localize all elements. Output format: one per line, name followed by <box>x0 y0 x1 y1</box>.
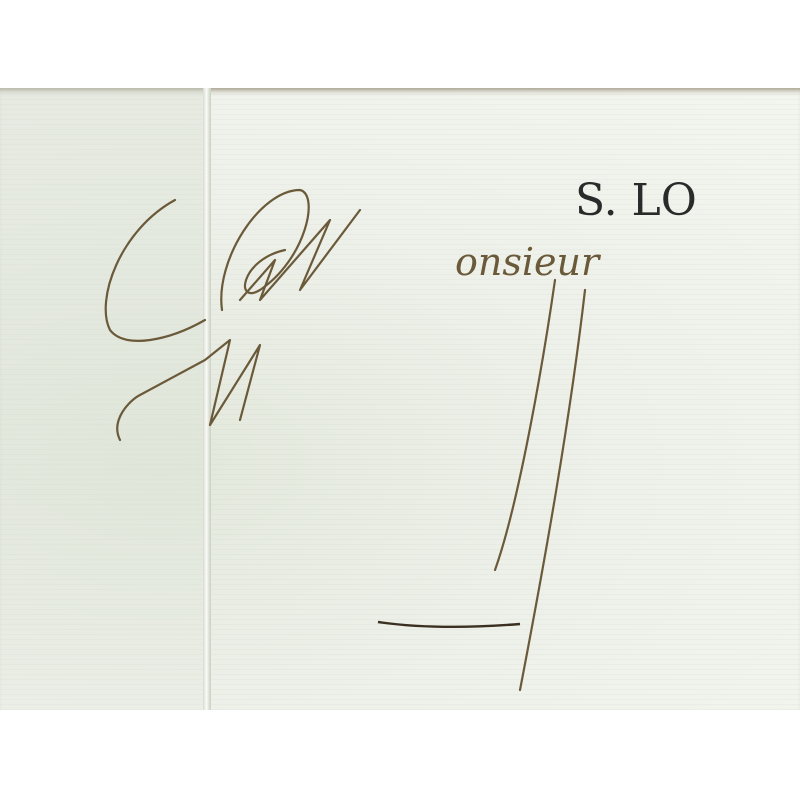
line-monsieur-top: onsieur <box>455 240 602 284</box>
strike-through-line <box>378 622 520 627</box>
rate-mark-stroke-1 <box>495 280 555 570</box>
svg-text:S. LO: S. LO <box>575 175 697 226</box>
flourish-a-left <box>106 200 205 341</box>
rate-mark-stroke-2 <box>520 290 585 690</box>
flourish-a-loop <box>221 190 308 310</box>
flourish-m-top <box>240 210 360 300</box>
postmark-s-lo: S. LO <box>575 175 697 226</box>
handwriting-ink: onsieur S. LO <box>0 0 800 800</box>
flourish-m-second <box>117 340 260 440</box>
